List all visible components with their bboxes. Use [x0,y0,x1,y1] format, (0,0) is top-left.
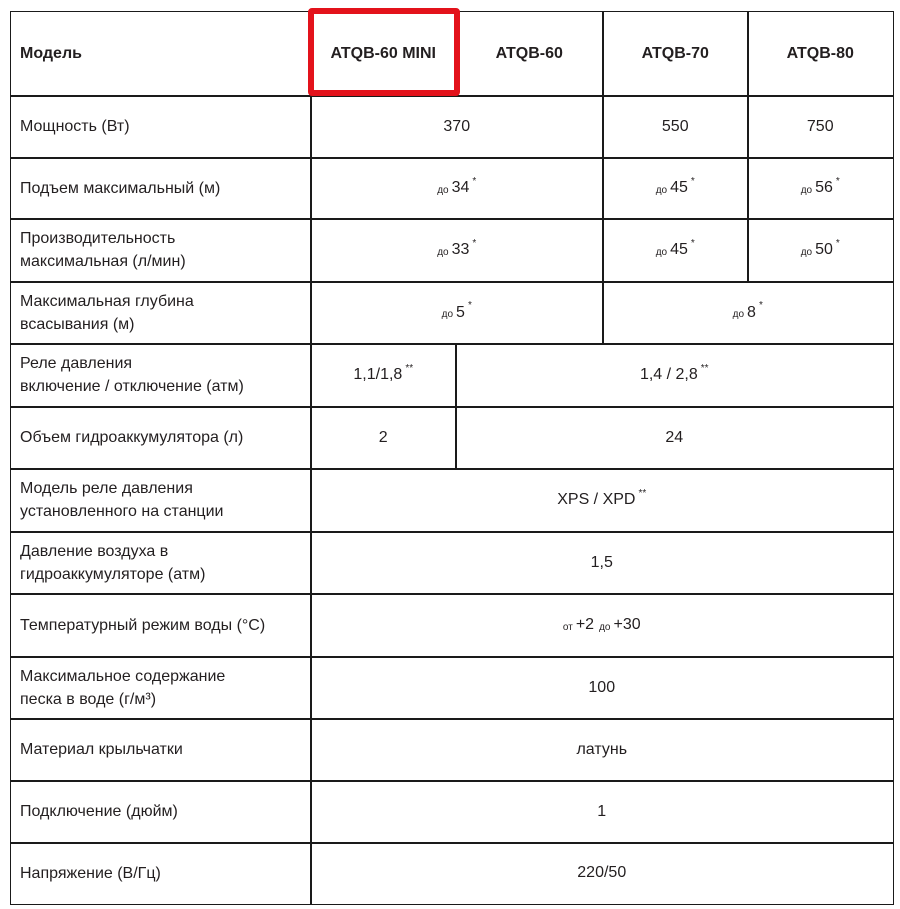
value-cell: 550 [602,95,749,159]
value-prefix: до [656,185,667,196]
value-cell: до5* [310,281,604,345]
row-label-cell: Модель реле давленияустановленного на ст… [10,468,312,533]
value-cell: до33* [310,218,604,283]
row-label-line: Давление воздуха в [20,540,205,563]
model-name: ATQB-70 [642,45,709,63]
value-text: 8 [747,304,756,322]
value-prefix: до [801,185,812,196]
row-label-cell: Максимальная глубинавсасывания (м) [10,281,312,345]
row-label: Мощность (Вт) [20,115,130,138]
value-cell: до56* [747,157,894,220]
row-label-line: установленного на станции [20,500,223,523]
value-text: 50 [815,241,833,259]
row-label-cell: Мощность (Вт) [10,95,312,159]
value-cell: 24 [455,406,894,470]
value-cell: 220/50 [310,842,894,905]
value-text: 100 [588,679,615,697]
footnote-marker: ** [701,363,709,374]
row-label-cell: Производительностьмаксимальная (л/мин) [10,218,312,283]
footnote-marker: ** [405,363,413,374]
footnote-marker: * [836,176,840,187]
value-text: 5 [456,304,465,322]
row-label: Подключение (дюйм) [20,800,178,823]
value-text: +30 [613,616,640,634]
value-text: 33 [452,241,470,259]
footnote-marker: * [759,300,763,311]
row-label-line: гидроаккумуляторе (атм) [20,563,205,586]
row-label-line: всасывания (м) [20,313,194,336]
value-cell: 2 [310,406,457,470]
row-label: Максимальная глубинавсасывания (м) [20,290,194,336]
row-label-cell: Реле давлениявключение / отключение (атм… [10,343,312,408]
value-text: 750 [807,118,834,136]
row-label-line: Реле давления [20,352,244,375]
value-prefix: до [437,247,448,258]
value-text: 45 [670,179,688,197]
value-cell: 750 [747,95,894,159]
value-cell: до45* [602,157,749,220]
row-label: Реле давлениявключение / отключение (атм… [20,352,244,398]
row-label-cell: Давление воздуха вгидроаккумуляторе (атм… [10,531,312,595]
value-text: 2 [379,429,388,447]
row-label: Давление воздуха вгидроаккумуляторе (атм… [20,540,205,586]
row-label-line: Максимальное содержание [20,665,225,688]
row-label-cell: Напряжение (В/Гц) [10,842,312,905]
row-label-line: максимальная (л/мин) [20,250,186,273]
value-prefix: до [437,185,448,196]
row-label: Модель реле давленияустановленного на ст… [20,477,223,523]
highlight-box [308,8,460,96]
value-text: 550 [662,118,689,136]
value-text: 24 [665,429,683,447]
model-header-cell: ATQB-60 [455,11,604,97]
value-cell: 1,4 / 2,8** [455,343,894,408]
footnote-marker: * [836,238,840,249]
value-cell: 370 [310,95,604,159]
header-label-cell: Модель [10,11,312,97]
value-cell: 100 [310,656,894,720]
value-cell: 1,5 [310,531,894,595]
value-cell: XPS / XPD** [310,468,894,533]
value-cell: от+2до+30 [310,593,894,658]
value-prefix: до [733,309,744,320]
row-label-line: Максимальная глубина [20,290,194,313]
row-label-cell: Объем гидроаккумулятора (л) [10,406,312,470]
value-text: латунь [576,741,627,759]
footnote-marker: * [472,238,476,249]
value-prefix: до [599,622,610,633]
footnote-marker: ** [638,488,646,499]
value-prefix: от [563,622,573,633]
row-label-line: включение / отключение (атм) [20,375,244,398]
value-text: 56 [815,179,833,197]
value-cell: латунь [310,718,894,782]
value-text: 45 [670,241,688,259]
row-label: Максимальное содержаниепеска в воде (г/м… [20,665,225,711]
value-cell: до8* [602,281,894,345]
row-label: Подъем максимальный (м) [20,177,220,200]
row-label: Производительностьмаксимальная (л/мин) [20,227,186,273]
header-label: Модель [20,45,82,63]
spec-table: МодельATQB-60 MINIATQB-60ATQB-70ATQB-80М… [10,11,892,903]
value-text: XPS / XPD [557,491,635,509]
model-name: ATQB-60 [496,45,563,63]
value-text: 370 [443,118,470,136]
row-label: Напряжение (В/Гц) [20,862,161,885]
model-header-cell: ATQB-80 [747,11,894,97]
value-cell: 1 [310,780,894,844]
row-label-cell: Подключение (дюйм) [10,780,312,844]
row-label: Материал крыльчатки [20,738,183,761]
row-label: Объем гидроаккумулятора (л) [20,426,243,449]
footnote-marker: * [691,176,695,187]
value-text: 1,4 / 2,8 [640,366,698,384]
model-name: ATQB-80 [787,45,854,63]
value-cell: до34* [310,157,604,220]
row-label: Температурный режим воды (°С) [20,614,265,637]
value-prefix: до [442,309,453,320]
value-text: 1,5 [591,554,613,572]
footnote-marker: * [691,238,695,249]
footnote-marker: * [472,176,476,187]
model-header-cell: ATQB-70 [602,11,749,97]
value-prefix: до [656,247,667,258]
row-label-line: Производительность [20,227,186,250]
value-text: +2 [576,616,594,634]
row-label-cell: Материал крыльчатки [10,718,312,782]
value-text: 1,1/1,8 [353,366,402,384]
row-label-line: Модель реле давления [20,477,223,500]
row-label-cell: Максимальное содержаниепеска в воде (г/м… [10,656,312,720]
value-text: 220/50 [577,864,626,882]
row-label-cell: Подъем максимальный (м) [10,157,312,220]
row-label-line: песка в воде (г/м³) [20,688,225,711]
value-cell: 1,1/1,8** [310,343,457,408]
value-text: 34 [452,179,470,197]
value-cell: до50* [747,218,894,283]
footnote-marker: * [468,300,472,311]
value-prefix: до [801,247,812,258]
value-cell: до45* [602,218,749,283]
row-label-cell: Температурный режим воды (°С) [10,593,312,658]
value-text: 1 [597,803,606,821]
